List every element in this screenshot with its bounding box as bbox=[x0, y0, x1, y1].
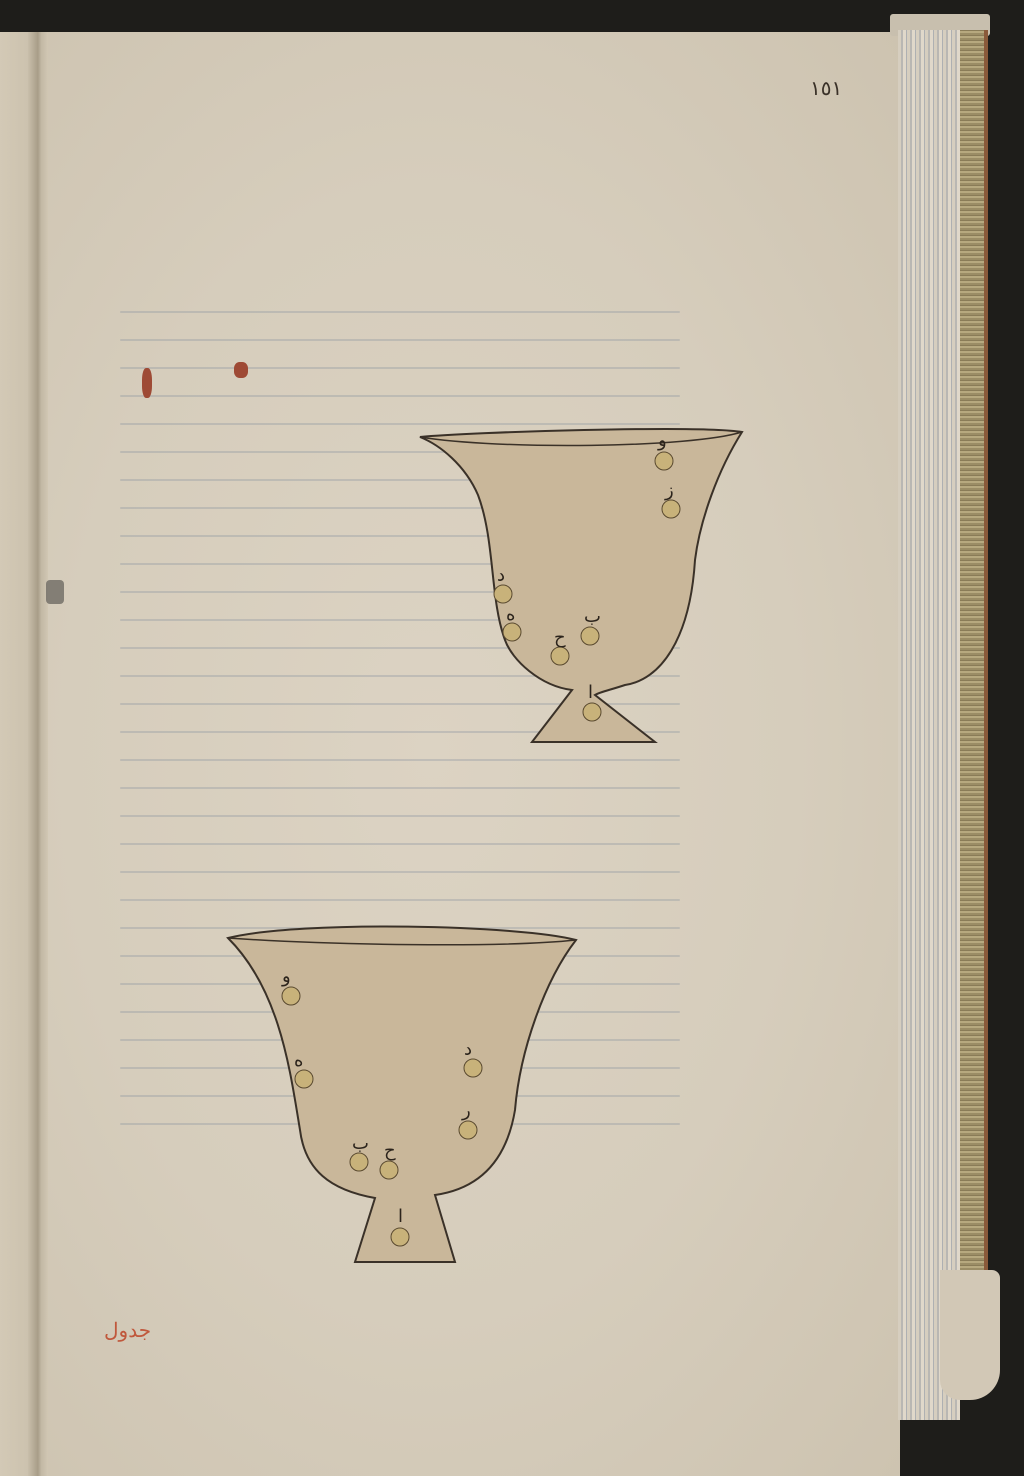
svg-text:د: د bbox=[497, 565, 505, 586]
svg-text:د: د bbox=[464, 1039, 472, 1060]
svg-text:و: و bbox=[657, 430, 667, 451]
svg-text:ه: ه bbox=[294, 1050, 303, 1071]
svg-text:و: و bbox=[281, 966, 291, 987]
lower-cup-figure: و ه د ر ب ح ا bbox=[228, 926, 576, 1262]
svg-text:ب: ب bbox=[584, 606, 601, 627]
svg-text:ز: ز bbox=[664, 480, 674, 501]
svg-text:ا: ا bbox=[588, 682, 593, 703]
svg-text:ا: ا bbox=[398, 1206, 403, 1227]
svg-text:ب: ب bbox=[352, 1133, 369, 1154]
svg-text:ح: ح bbox=[554, 627, 566, 648]
upper-cup-figure: و ز د ه ب ح ا bbox=[420, 429, 742, 742]
cup-illustrations: و ز د ه ب ح ا و ه د ر ب ح ا bbox=[0, 0, 1024, 1476]
svg-text:ه: ه bbox=[506, 604, 515, 625]
svg-text:ح: ح bbox=[384, 1140, 396, 1161]
svg-text:ر: ر bbox=[461, 1100, 471, 1121]
